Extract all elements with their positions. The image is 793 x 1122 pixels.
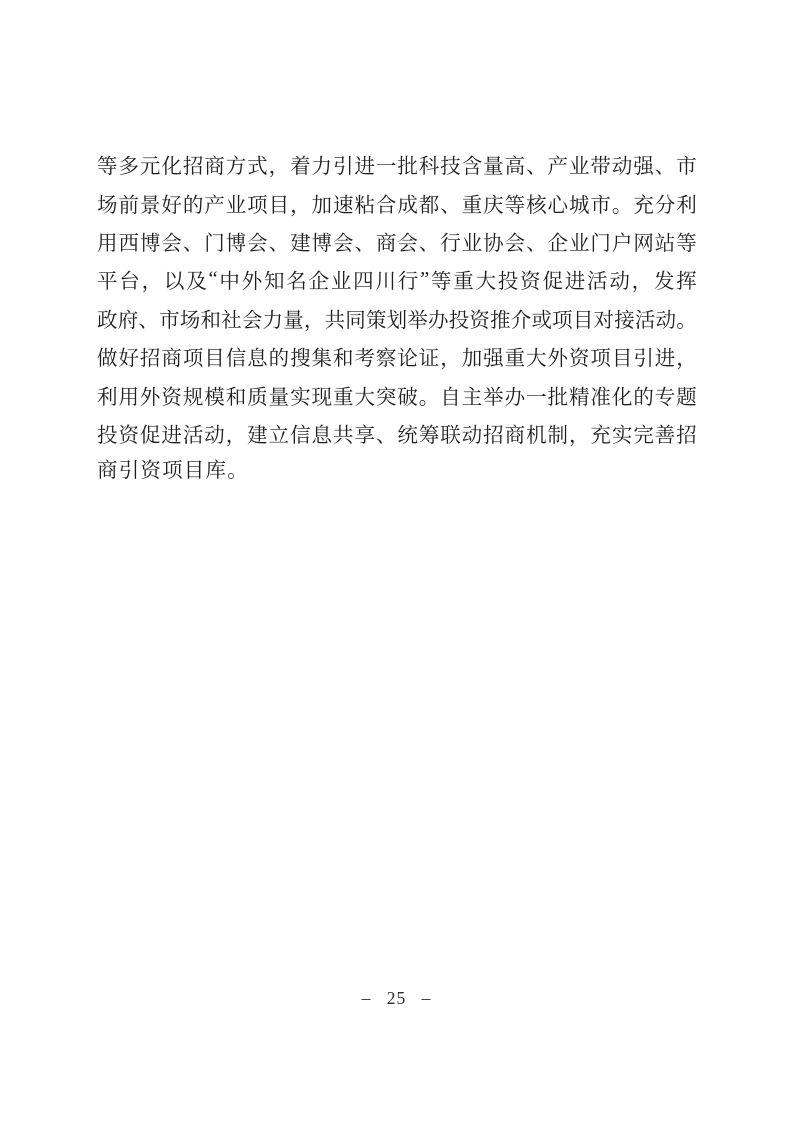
text-line: 平台，以及“中外知名企业四川行”等重大投资促进活动，发挥 bbox=[97, 260, 697, 298]
text-line: 场前景好的产业项目，加速粘合成都、重庆等核心城市。充分利 bbox=[97, 183, 697, 221]
text-line: 做好招商项目信息的搜集和考察论证，加强重大外资项目引进， bbox=[97, 337, 697, 375]
text-line: 等多元化招商方式，着力引进一批科技含量高、产业带动强、市 bbox=[97, 145, 697, 183]
document-page: 等多元化招商方式，着力引进一批科技含量高、产业带动强、市场前景好的产业项目，加速… bbox=[0, 0, 793, 1122]
text-line: 政府、市场和社会力量，共同策划举办投资推介或项目对接活动。 bbox=[97, 299, 697, 337]
page-number: – 25 – bbox=[0, 988, 793, 1009]
text-line: 商引资项目库。 bbox=[97, 452, 697, 490]
text-block: 等多元化招商方式，着力引进一批科技含量高、产业带动强、市场前景好的产业项目，加速… bbox=[97, 145, 697, 491]
text-line: 投资促进活动，建立信息共享、统筹联动招商机制，充实完善招 bbox=[97, 414, 697, 452]
text-line: 利用外资规模和质量实现重大突破。自主举办一批精准化的专题 bbox=[97, 375, 697, 413]
text-line: 用西博会、门博会、建博会、商会、行业协会、企业门户网站等 bbox=[97, 222, 697, 260]
